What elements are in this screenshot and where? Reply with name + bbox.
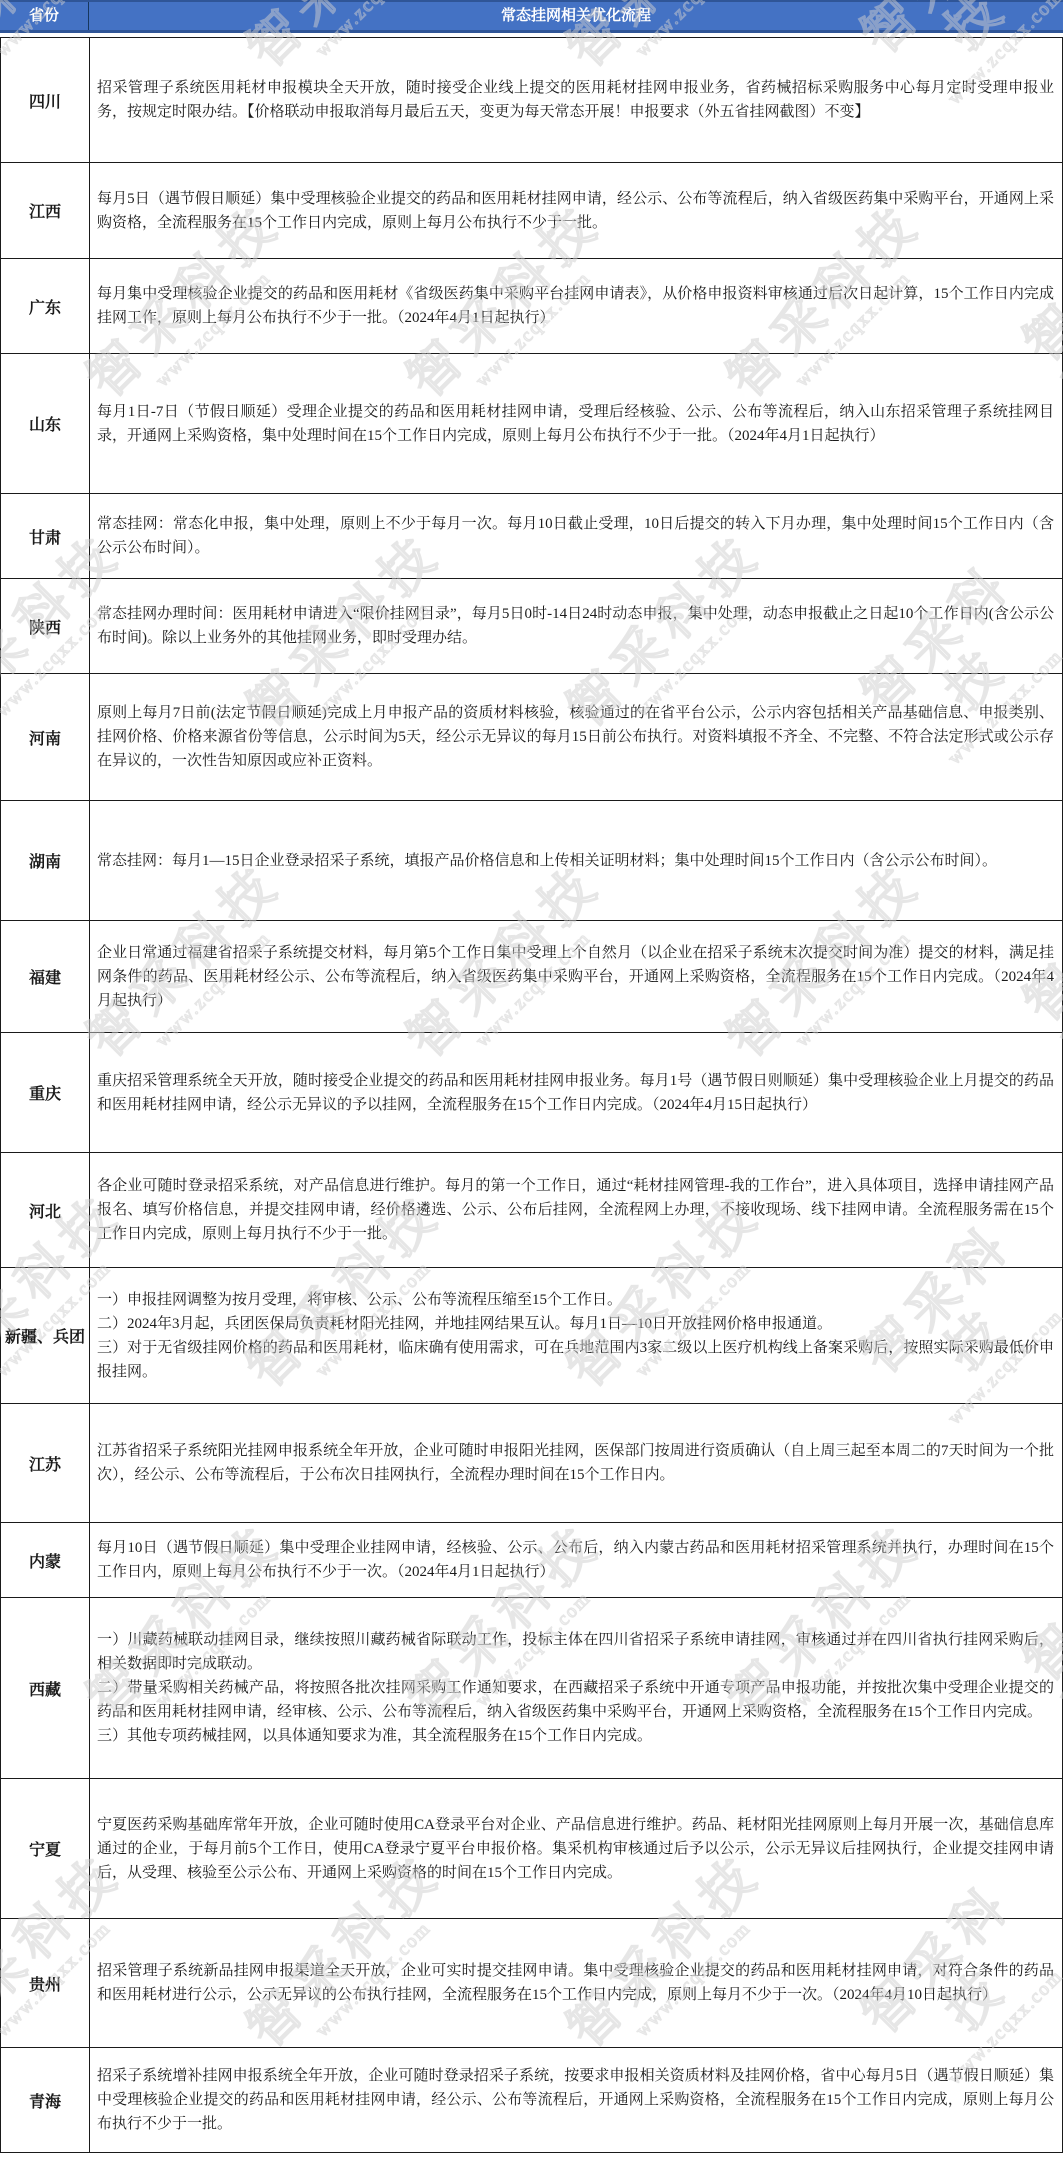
- header-province-label: 省份: [0, 2, 89, 30]
- province-cell: 青海: [1, 2048, 90, 2153]
- province-cell: 江苏: [1, 1404, 90, 1523]
- province-cell: 甘肃: [1, 494, 90, 579]
- province-cell: 宁夏: [1, 1779, 90, 1919]
- table-row: 山东每月1日-7日（节假日顺延）受理企业提交的药品和医用耗材挂网申请，受理后经核…: [1, 354, 1063, 494]
- province-cell: 福建: [1, 921, 90, 1033]
- table-header-row: 省份 常态挂网相关优化流程: [0, 0, 1063, 33]
- process-cell: 常态挂网：每月1—15日企业登录招采子系统，填报产品价格信息和上传相关证明材料；…: [90, 801, 1063, 921]
- process-cell: 原则上每月7日前(法定节假日顺延)完成上月申报产品的资质材料核验，核验通过的在省…: [90, 674, 1063, 801]
- province-cell: 内蒙: [1, 1523, 90, 1598]
- process-cell: 一）川藏药械联动挂网目录，继续按照川藏药械省际联动工作，投标主体在四川省招采子系…: [90, 1598, 1063, 1779]
- province-process-table: 四川招采管理子系统医用耗材申报模块全天开放，随时接受企业线上提交的医用耗材挂网申…: [0, 37, 1063, 2153]
- table-row: 重庆重庆招采管理系统全天开放，随时接受企业提交的药品和医用耗材挂网申报业务。每月…: [1, 1033, 1063, 1153]
- province-cell: 湖南: [1, 801, 90, 921]
- province-cell: 广东: [1, 259, 90, 354]
- province-cell: 贵州: [1, 1919, 90, 2048]
- process-cell: 宁夏医药采购基础库常年开放，企业可随时使用CA登录平台对企业、产品信息进行维护。…: [90, 1779, 1063, 1919]
- province-cell: 河北: [1, 1153, 90, 1268]
- process-cell: 招采管理子系统医用耗材申报模块全天开放，随时接受企业线上提交的医用耗材挂网申报业…: [90, 38, 1063, 163]
- table-row: 河北各企业可随时登录招采系统，对产品信息进行维护。每月的第一个工作日，通过“耗材…: [1, 1153, 1063, 1268]
- table-row: 江苏江苏省招采子系统阳光挂网申报系统全年开放，企业可随时申报阳光挂网，医保部门按…: [1, 1404, 1063, 1523]
- table-row: 贵州招采管理子系统新品挂网申报渠道全天开放，企业可实时提交挂网申请。集中受理核验…: [1, 1919, 1063, 2048]
- table-row: 青海招采子系统增补挂网申报系统全年开放，企业可随时登录招采子系统，按要求申报相关…: [1, 2048, 1063, 2153]
- province-cell: 新疆、兵团: [1, 1268, 90, 1404]
- process-cell: 一）申报挂网调整为按月受理，将审核、公示、公布等流程压缩至15个工作日。 二）2…: [90, 1268, 1063, 1404]
- table-row: 宁夏宁夏医药采购基础库常年开放，企业可随时使用CA登录平台对企业、产品信息进行维…: [1, 1779, 1063, 1919]
- province-cell: 山东: [1, 354, 90, 494]
- province-cell: 西藏: [1, 1598, 90, 1779]
- process-cell: 每月1日-7日（节假日顺延）受理企业提交的药品和医用耗材挂网申请，受理后经核验、…: [90, 354, 1063, 494]
- province-cell: 陕西: [1, 579, 90, 674]
- province-cell: 四川: [1, 38, 90, 163]
- table-row: 新疆、兵团一）申报挂网调整为按月受理，将审核、公示、公布等流程压缩至15个工作日…: [1, 1268, 1063, 1404]
- process-cell: 每月集中受理核验企业提交的药品和医用耗材《省级医药集中采购平台挂网申请表》，从价…: [90, 259, 1063, 354]
- process-cell: 每月10日（遇节假日顺延）集中受理企业挂网申请，经核验、公示、公布后，纳入内蒙古…: [90, 1523, 1063, 1598]
- province-cell: 重庆: [1, 1033, 90, 1153]
- process-cell: 江苏省招采子系统阳光挂网申报系统全年开放，企业可随时申报阳光挂网，医保部门按周进…: [90, 1404, 1063, 1523]
- process-cell: 每月5日（遇节假日顺延）集中受理核验企业提交的药品和医用耗材挂网申请，经公示、公…: [90, 163, 1063, 259]
- process-cell: 招采子系统增补挂网申报系统全年开放，企业可随时登录招采子系统，按要求申报相关资质…: [90, 2048, 1063, 2153]
- table-row: 内蒙每月10日（遇节假日顺延）集中受理企业挂网申请，经核验、公示、公布后，纳入内…: [1, 1523, 1063, 1598]
- process-cell: 重庆招采管理系统全天开放，随时接受企业提交的药品和医用耗材挂网申报业务。每月1号…: [90, 1033, 1063, 1153]
- table-row: 广东每月集中受理核验企业提交的药品和医用耗材《省级医药集中采购平台挂网申请表》，…: [1, 259, 1063, 354]
- table-row: 四川招采管理子系统医用耗材申报模块全天开放，随时接受企业线上提交的医用耗材挂网申…: [1, 38, 1063, 163]
- document-page: 省份 常态挂网相关优化流程 四川招采管理子系统医用耗材申报模块全天开放，随时接受…: [0, 0, 1063, 2164]
- process-cell: 常态挂网：常态化申报，集中处理，原则上不少于每月一次。每月10日截止受理，10日…: [90, 494, 1063, 579]
- province-cell: 江西: [1, 163, 90, 259]
- table-row: 湖南常态挂网：每月1—15日企业登录招采子系统，填报产品价格信息和上传相关证明材…: [1, 801, 1063, 921]
- table-row: 河南原则上每月7日前(法定节假日顺延)完成上月申报产品的资质材料核验，核验通过的…: [1, 674, 1063, 801]
- process-cell: 企业日常通过福建省招采子系统提交材料，每月第5个工作日集中受理上个自然月（以企业…: [90, 921, 1063, 1033]
- province-cell: 河南: [1, 674, 90, 801]
- table-row: 陕西常态挂网办理时间：医用耗材申请进入“限价挂网目录”，每月5日0时-14日24…: [1, 579, 1063, 674]
- process-cell: 各企业可随时登录招采系统，对产品信息进行维护。每月的第一个工作日，通过“耗材挂网…: [90, 1153, 1063, 1268]
- table-row: 江西每月5日（遇节假日顺延）集中受理核验企业提交的药品和医用耗材挂网申请，经公示…: [1, 163, 1063, 259]
- table-row: 甘肃常态挂网：常态化申报，集中处理，原则上不少于每月一次。每月10日截止受理，1…: [1, 494, 1063, 579]
- table-row: 福建企业日常通过福建省招采子系统提交材料，每月第5个工作日集中受理上个自然月（以…: [1, 921, 1063, 1033]
- process-cell: 常态挂网办理时间：医用耗材申请进入“限价挂网目录”，每月5日0时-14日24时动…: [90, 579, 1063, 674]
- process-cell: 招采管理子系统新品挂网申报渠道全天开放，企业可实时提交挂网申请。集中受理核验企业…: [90, 1919, 1063, 2048]
- header-process-label: 常态挂网相关优化流程: [89, 2, 1063, 30]
- table-row: 西藏一）川藏药械联动挂网目录，继续按照川藏药械省际联动工作，投标主体在四川省招采…: [1, 1598, 1063, 1779]
